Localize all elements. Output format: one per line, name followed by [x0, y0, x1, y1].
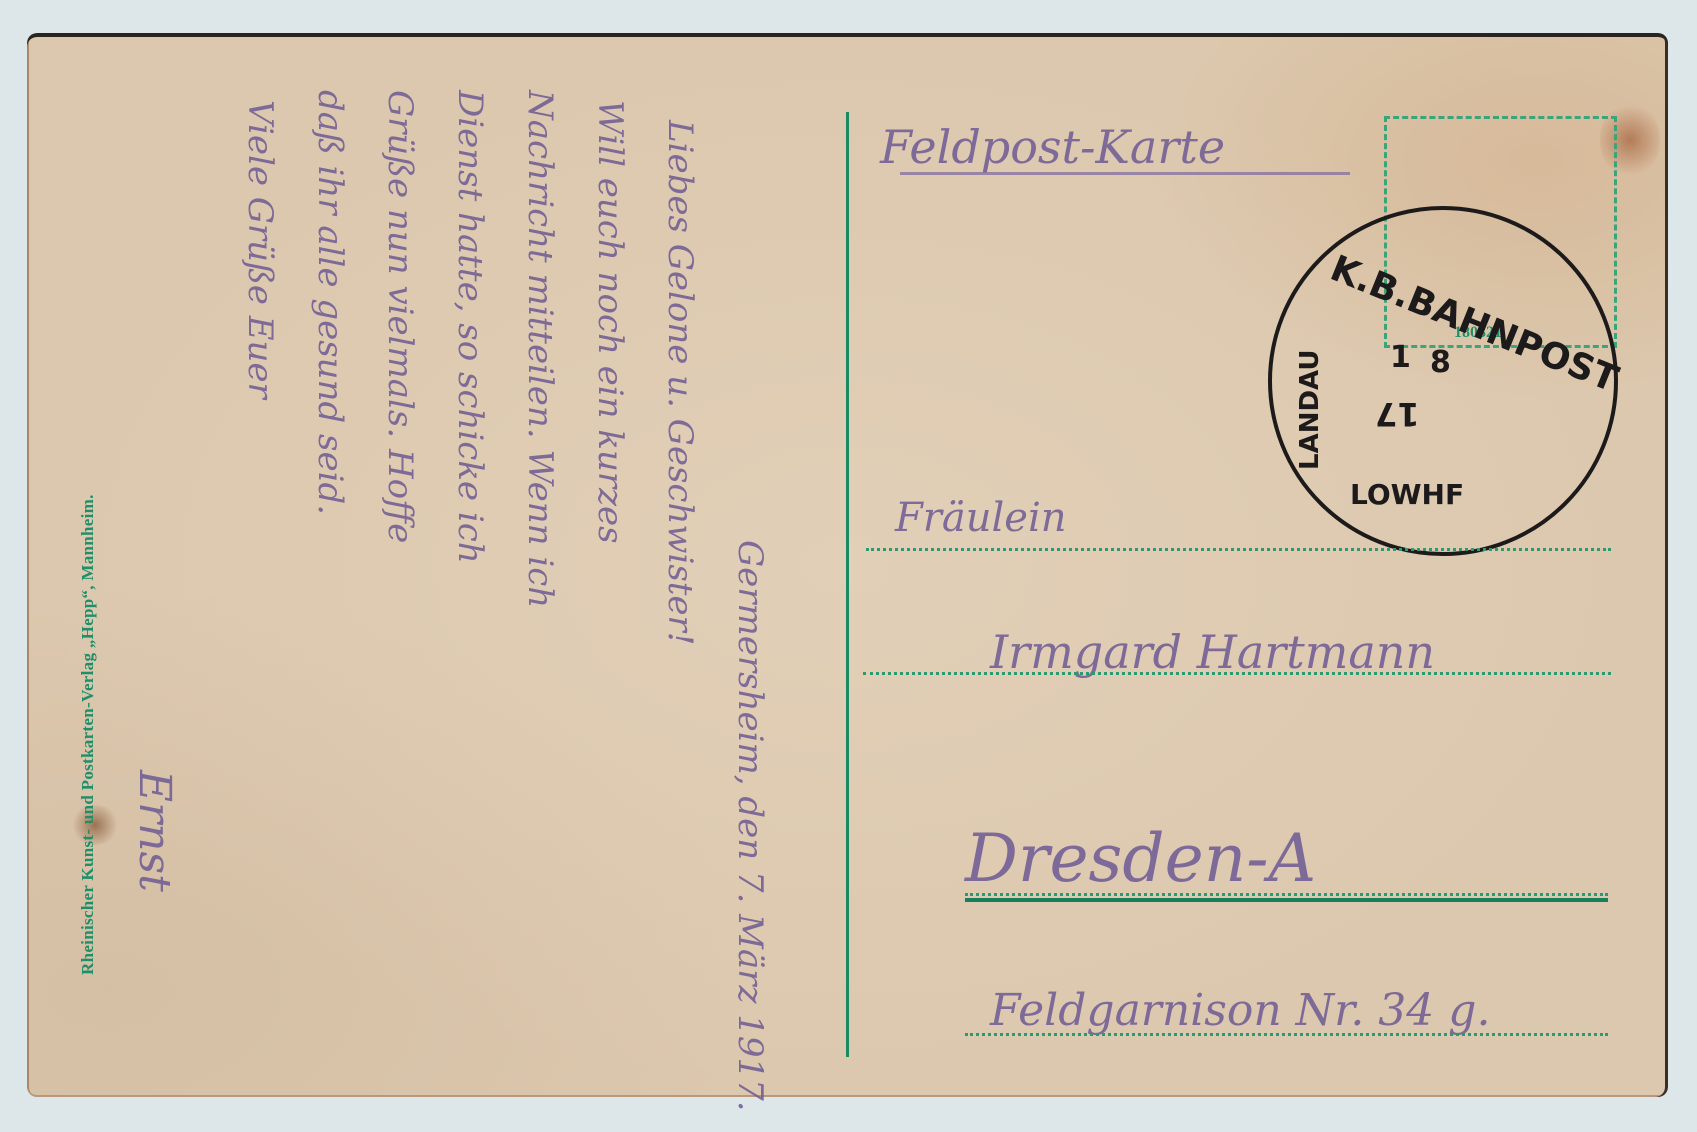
- address-rule: [863, 672, 1611, 675]
- postmark-left-text: LANDAU: [1295, 350, 1325, 470]
- address-rule-solid: [965, 898, 1608, 902]
- address-line-4: Feldgarnison Nr. 34 g.: [990, 985, 1490, 1036]
- message-signature: Ernst: [129, 770, 180, 892]
- address-rule: [965, 1033, 1608, 1036]
- postmark-bottom-text: LOWHF: [1350, 478, 1464, 511]
- message-line: Dienst hatte, so schicke ich: [450, 90, 490, 564]
- message-line: Viele Grüße Euer: [240, 100, 280, 399]
- message-date-line: Germersheim, den 7. März 1917.: [730, 540, 770, 1112]
- message-line: Grüße nun vielmals. Hoffe: [380, 90, 420, 543]
- address-rule: [965, 893, 1608, 896]
- postmark-date-year: 17: [1375, 395, 1420, 433]
- heading-underline: [900, 172, 1350, 175]
- message-line: Liebes Gelone u. Geschwister!: [660, 120, 700, 645]
- message-line: daß ihr alle gesund seid.: [310, 90, 350, 515]
- address-line-1: Fräulein: [895, 495, 1067, 541]
- publisher-imprint: Rheinischer Kunst- und Postkarten-Verlag…: [78, 494, 98, 975]
- address-line-3: Dresden-A: [965, 820, 1316, 897]
- address-rule: [866, 548, 1611, 551]
- message-line: Will euch noch ein kurzes: [590, 100, 630, 544]
- center-divider: [846, 112, 849, 1057]
- card-heading: Feldpost-Karte: [880, 120, 1225, 174]
- postmark-date-time: 8: [1430, 345, 1451, 380]
- message-line: Nachricht mitteilen. Wenn ich: [520, 90, 560, 608]
- address-line-2: Irmgard Hartmann: [990, 625, 1435, 679]
- postmark-date-day: 1: [1390, 340, 1411, 375]
